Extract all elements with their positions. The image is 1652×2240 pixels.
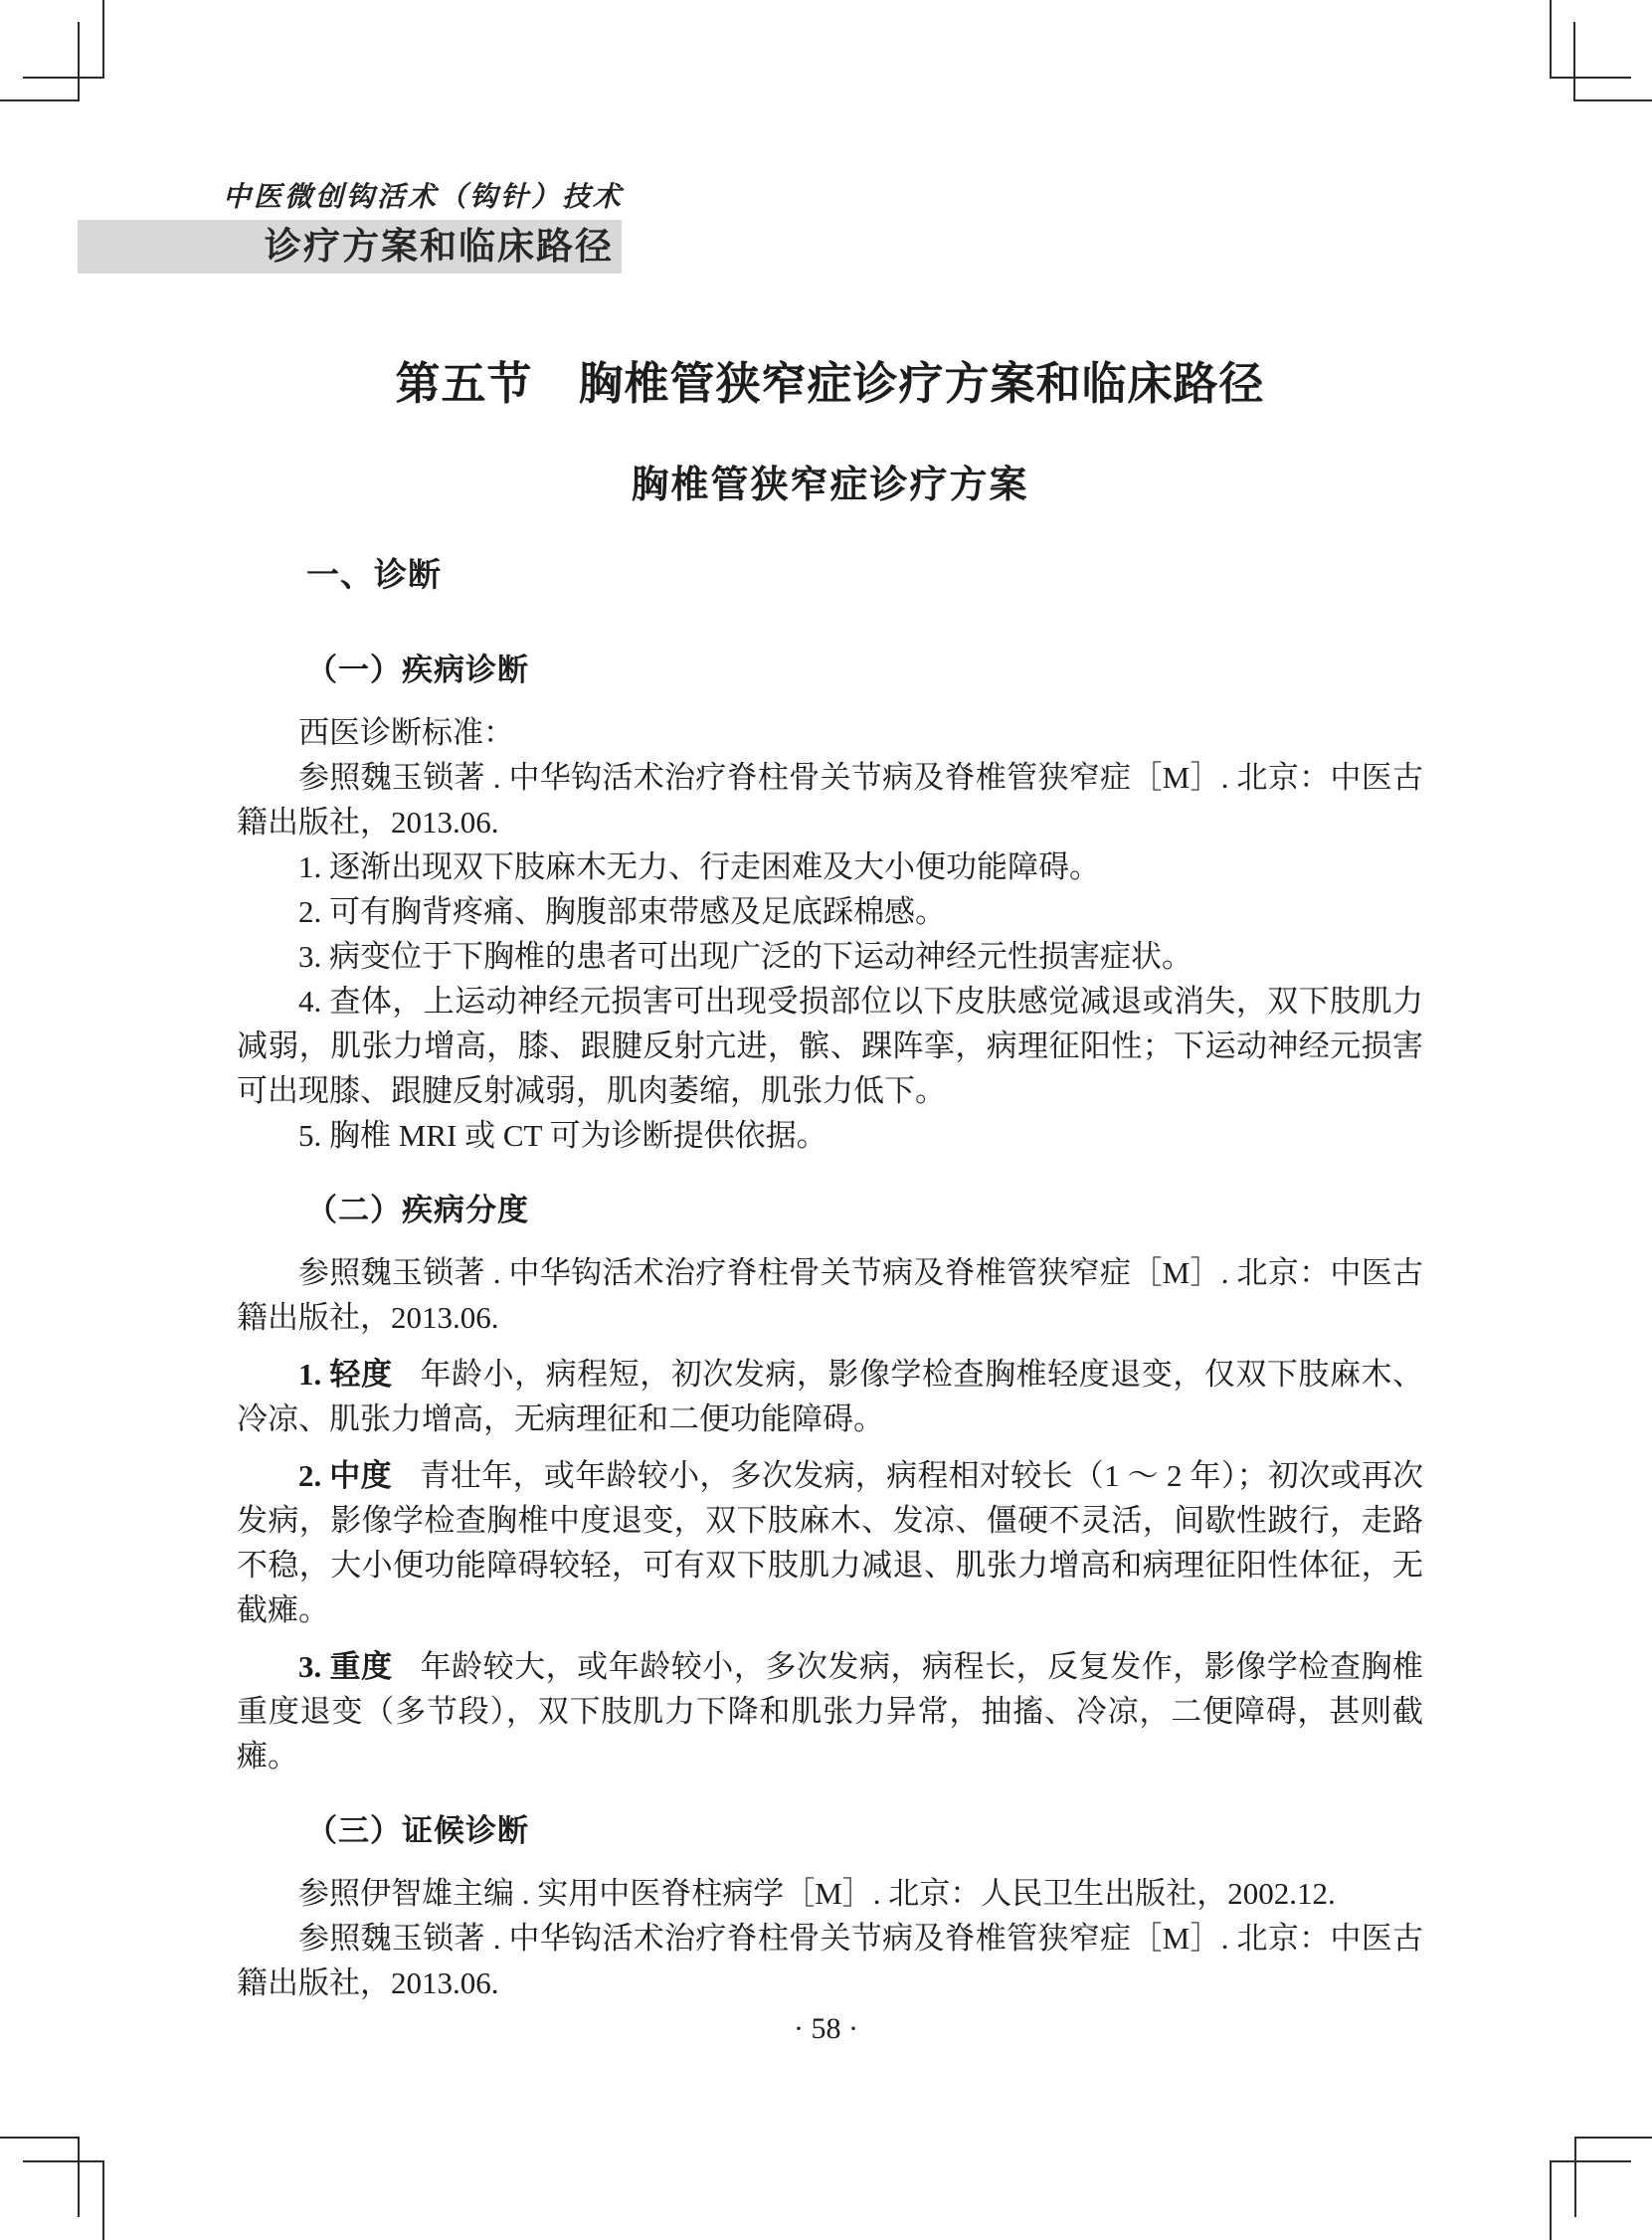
running-head-banner-label: 诊疗方案和临床路径 — [265, 220, 622, 274]
list-item: 4. 查体，上运动神经元损害可出现受损部位以下皮肤感觉减退或消失，双下肢肌力减弱… — [237, 979, 1423, 1113]
document-page: 中医微创钩活术（钩针）技术 诊疗方案和临床路径 第五节 胸椎管狭窄症诊疗方案和临… — [0, 0, 1652, 2240]
list-item: 2. 可有胸背疼痛、胸腹部束带感及足底踩棉感。 — [237, 889, 1423, 934]
list-item: 5. 胸椎 MRI 或 CT 可为诊断提供依据。 — [237, 1113, 1423, 1158]
crop-mark-bottom-right-inner — [1550, 2160, 1631, 2240]
degree-item: 1. 轻度年龄小，病程短，初次发病，影像学检查胸椎轻度退变，仅双下肢麻木、冷凉、… — [237, 1352, 1423, 1441]
degree-text: 年龄较大，或年龄较小，多次发病，病程长，反复发作，影像学检查胸椎重度退变（多节段… — [237, 1649, 1423, 1773]
page-number: · 58 · — [0, 2011, 1652, 2047]
degree-text: 青壮年，或年龄较小，多次发病，病程相对较长（1 ～ 2 年）；初次或再次发病，影… — [237, 1458, 1423, 1627]
degree-item: 2. 中度青壮年，或年龄较小，多次发病，病程相对较长（1 ～ 2 年）；初次或再… — [237, 1453, 1423, 1632]
degree-label: 3. 重度 — [298, 1649, 393, 1684]
paragraph-reference: 参照魏玉锁著 . 中华钩活术治疗脊柱骨关节病及脊椎管狭窄症［M］. 北京：中医古… — [237, 1250, 1423, 1340]
heading-disease-diagnosis: （一）疾病诊断 — [306, 648, 1423, 692]
degree-item: 3. 重度年龄较大，或年龄较小，多次发病，病程长，反复发作，影像学检查胸椎重度退… — [237, 1644, 1423, 1778]
list-item: 3. 病变位于下胸椎的患者可出现广泛的下运动神经元性损害症状。 — [237, 934, 1423, 979]
subtitle: 胸椎管狭窄症诊疗方案 — [237, 462, 1423, 509]
crop-mark-bottom-left-inner — [23, 2160, 104, 2240]
paragraph-western-standard: 西医诊断标准： — [237, 710, 1423, 755]
crop-mark-top-right-inner — [1573, 22, 1652, 101]
running-head-banner: 诊疗方案和临床路径 — [78, 220, 622, 274]
list-item: 1. 逐渐出现双下肢麻木无力、行走困难及大小便功能障碍。 — [237, 844, 1423, 889]
heading-diagnosis: 一、诊断 — [306, 554, 1423, 596]
heading-disease-grading: （二）疾病分度 — [306, 1188, 1423, 1232]
heading-syndrome-diagnosis: （三）证候诊断 — [306, 1808, 1423, 1853]
degree-text: 年龄小，病程短，初次发病，影像学检查胸椎轻度退变，仅双下肢麻木、冷凉、肌张力增高… — [237, 1357, 1423, 1436]
text-column: 第五节 胸椎管狭窄症诊疗方案和临床路径 胸椎管狭窄症诊疗方案 一、诊断 （一）疾… — [237, 356, 1423, 2005]
paragraph-reference: 参照魏玉锁著 . 中华钩活术治疗脊柱骨关节病及脊椎管狭窄症［M］. 北京：中医古… — [237, 755, 1423, 844]
crop-mark-top-left-inner — [0, 22, 80, 101]
paragraph-reference: 参照伊智雄主编 . 实用中医脊柱病学［M］. 北京：人民卫生出版社，2002.1… — [237, 1871, 1423, 1916]
degree-label: 1. 轻度 — [298, 1357, 393, 1392]
paragraph-reference: 参照魏玉锁著 . 中华钩活术治疗脊柱骨关节病及脊椎管狭窄症［M］. 北京：中医古… — [237, 1916, 1423, 2005]
section-title: 第五节 胸椎管狭窄症诊疗方案和临床路径 — [237, 356, 1423, 412]
degree-label: 2. 中度 — [298, 1458, 392, 1493]
running-head-book-title: 中医微创钩活术（钩针）技术 — [223, 181, 624, 215]
